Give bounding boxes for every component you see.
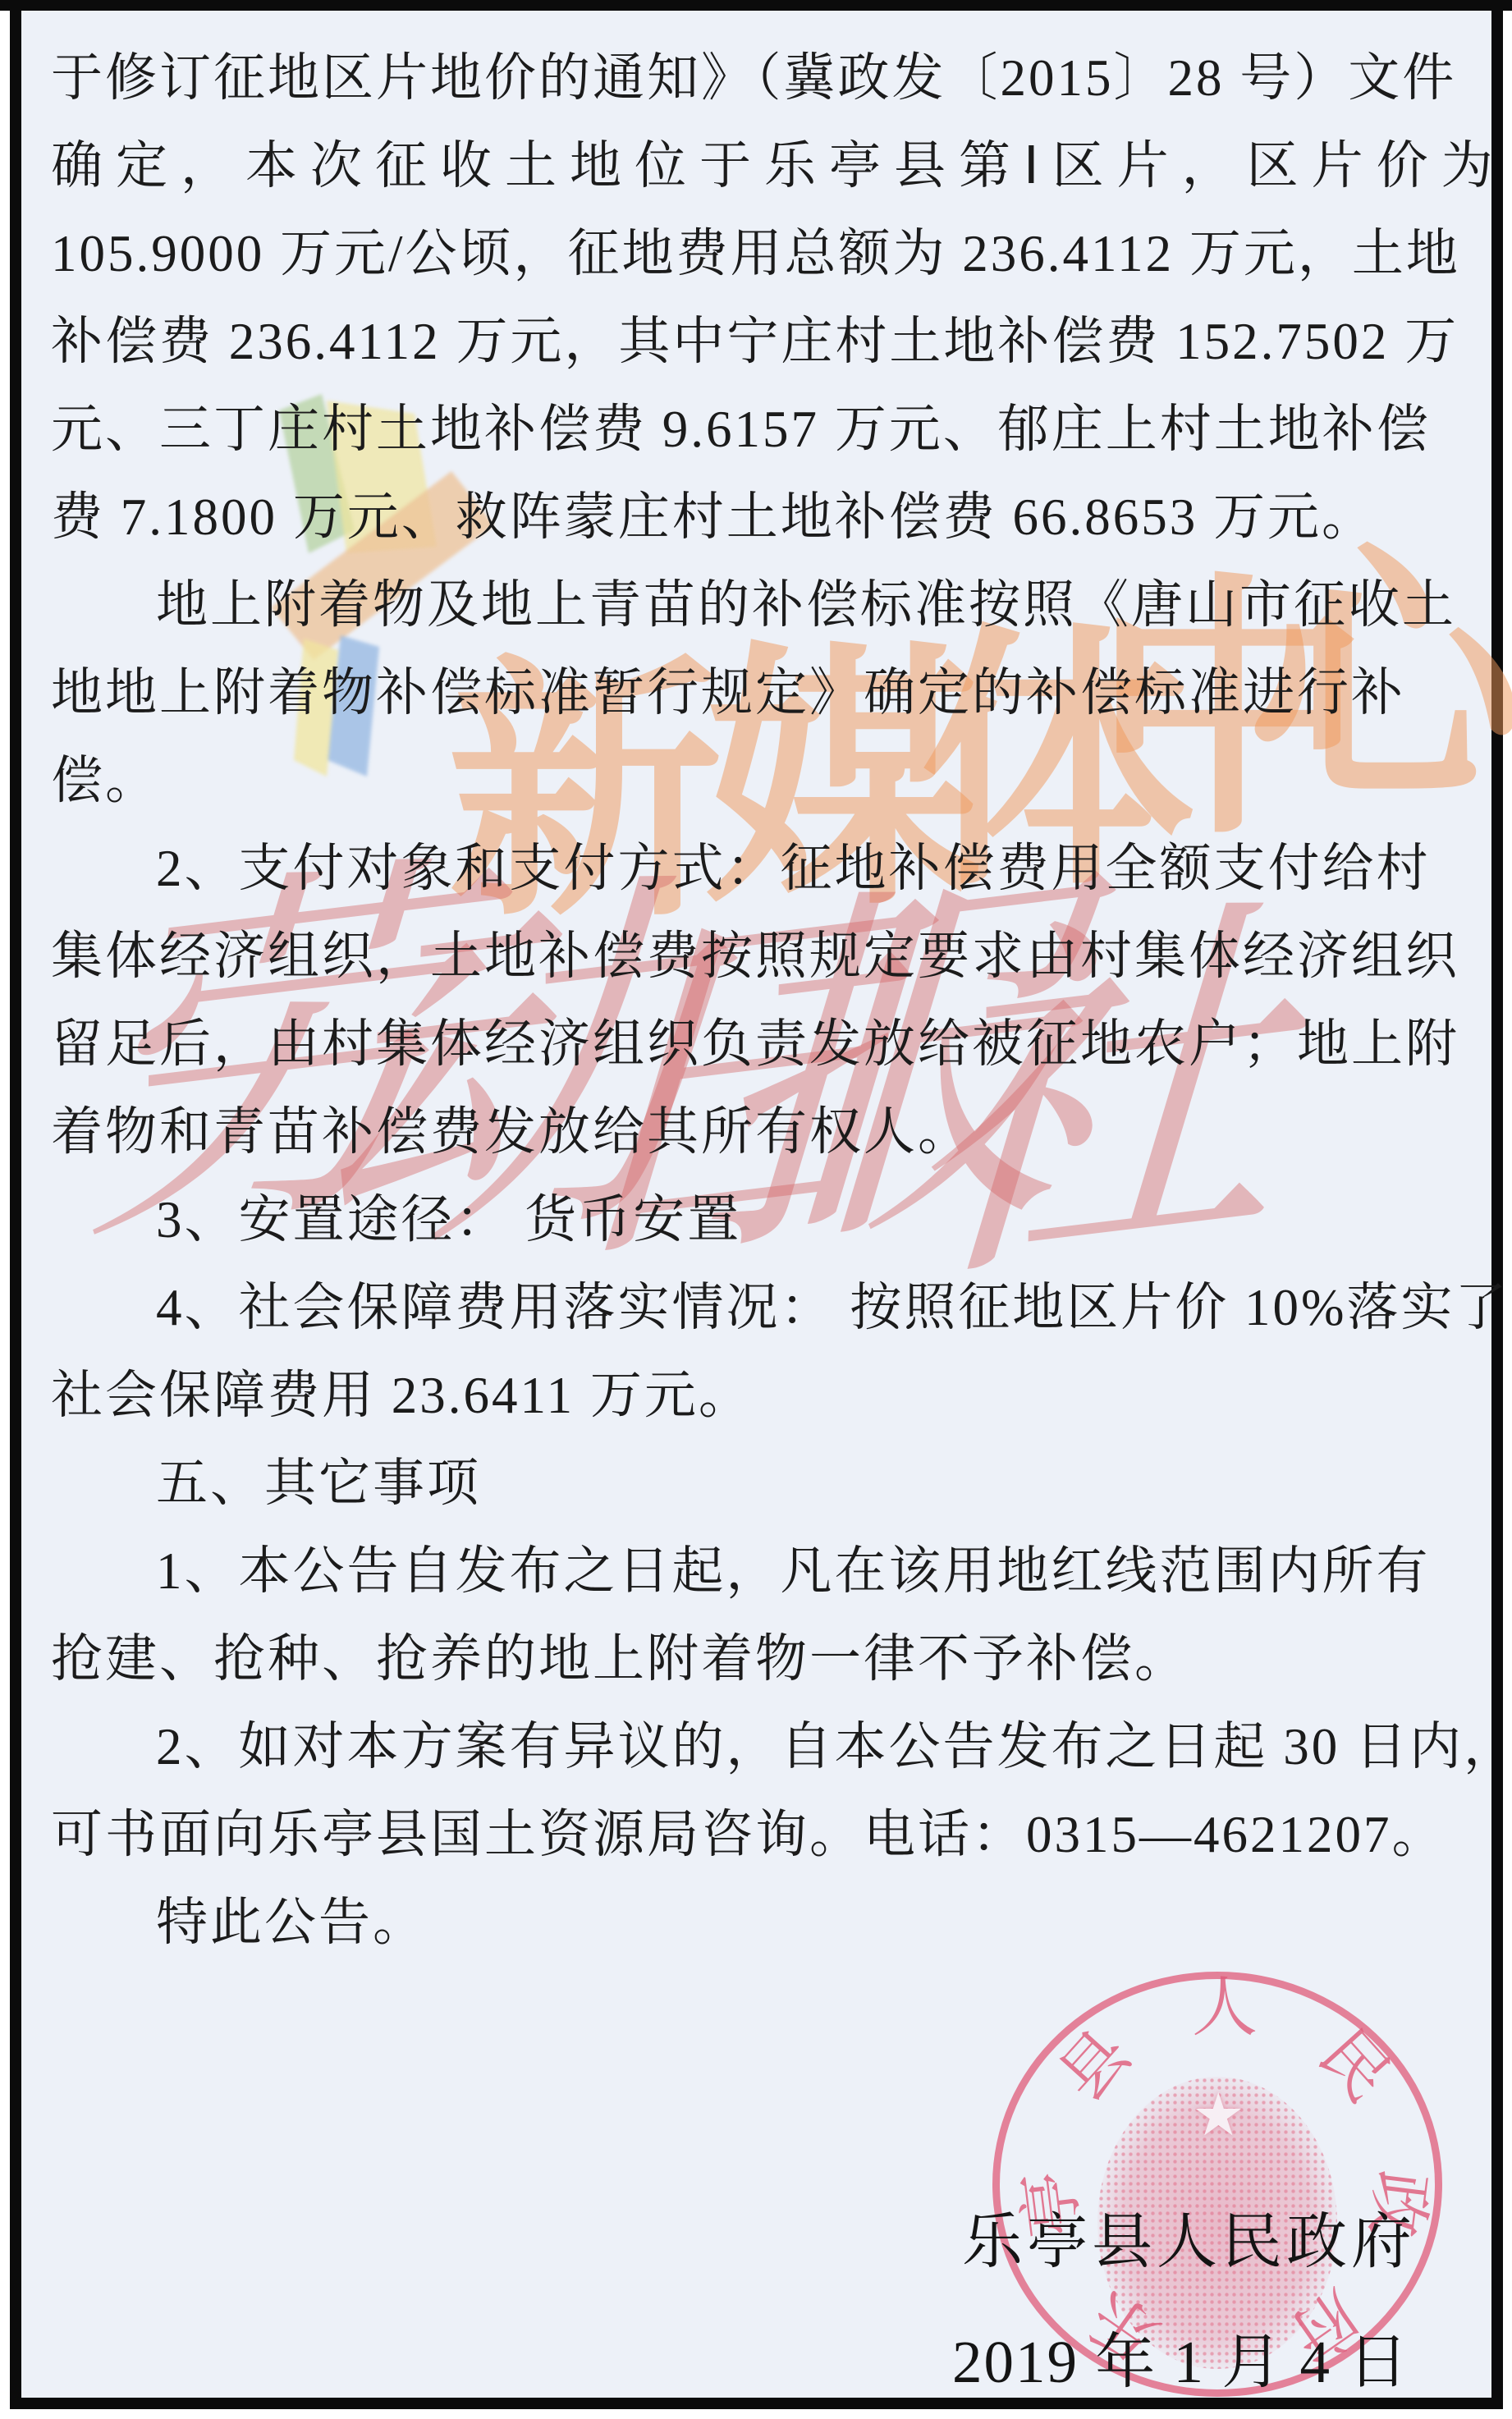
text-line: 着物和青苗补偿费发放给其所有权人。 (51, 1088, 1479, 1176)
text-line: 五、其它事项 (51, 1440, 1479, 1528)
text-line: 2、支付对象和支付方式：征地补偿费用全额支付给村 (51, 825, 1479, 913)
scan-border-right (1491, 0, 1503, 2408)
text-line: 元、三丁庄村土地补偿费 9.6157 万元、郁庄上村土地补偿 (51, 386, 1479, 474)
seal-star-icon: ★ (1192, 2085, 1245, 2144)
text-line: 地上附着物及地上青苗的补偿标准按照《唐山市征收土 (51, 561, 1479, 649)
text-line: 确定，本次征收土地位于乐亭县第Ⅰ区片，区片价为 (51, 122, 1479, 210)
text-line: 地地上附着物补偿标准暂行规定》确定的补偿标准进行补 (51, 649, 1479, 737)
document-body: 于修订征地区片地价的通知》（冀政发〔2015〕28 号）文件 确定，本次征收土地… (51, 34, 1479, 1967)
text-line: 特此公告。 (51, 1879, 1479, 1967)
text-line: 可书面向乐亭县国土资源局咨询。电话：0315—4621207。 (51, 1791, 1479, 1879)
text-line: 2、如对本方案有异议的，自本公告发布之日起 30 日内， (51, 1703, 1479, 1791)
text-line: 4、社会保障费用落实情况： 按照征地区片价 10%落实了 (51, 1264, 1479, 1352)
text-line: 集体经济组织，土地补偿费按照规定要求由村集体经济组织 (51, 913, 1479, 1001)
text-line: 留足后，由村集体经济组织负责发放给被征地农户；地上附 (51, 1001, 1479, 1088)
seal-ring-char: 人 (1189, 1972, 1261, 2045)
text-line: 于修订征地区片地价的通知》（冀政发〔2015〕28 号）文件 (51, 34, 1479, 122)
text-line: 社会保障费用 23.6411 万元。 (51, 1352, 1479, 1440)
scan-border-top (0, 0, 1512, 11)
issuer-signature: 乐亭县人民政府 (962, 2201, 1416, 2284)
issue-date: 2019 年 1 月 4 日 (952, 2321, 1409, 2403)
text-line: 3、安置途径： 货币安置 (51, 1176, 1479, 1264)
text-line: 抢建、抢种、抢养的地上附着物一律不予补偿。 (51, 1615, 1479, 1703)
text-line: 1、本公告自发布之日起，凡在该用地红线范围内所有 (51, 1528, 1479, 1615)
text-line: 偿。 (51, 737, 1479, 825)
text-line: 105.9000 万元/公顷，征地费用总额为 236.4112 万元，土地 (51, 210, 1479, 298)
text-line: 补偿费 236.4112 万元，其中宁庄村土地补偿费 152.7502 万 (51, 298, 1479, 386)
scan-border-left (10, 0, 21, 2408)
text-line: 费 7.1800 万元、救阵蒙庄村土地补偿费 66.8653 万元。 (51, 474, 1479, 561)
